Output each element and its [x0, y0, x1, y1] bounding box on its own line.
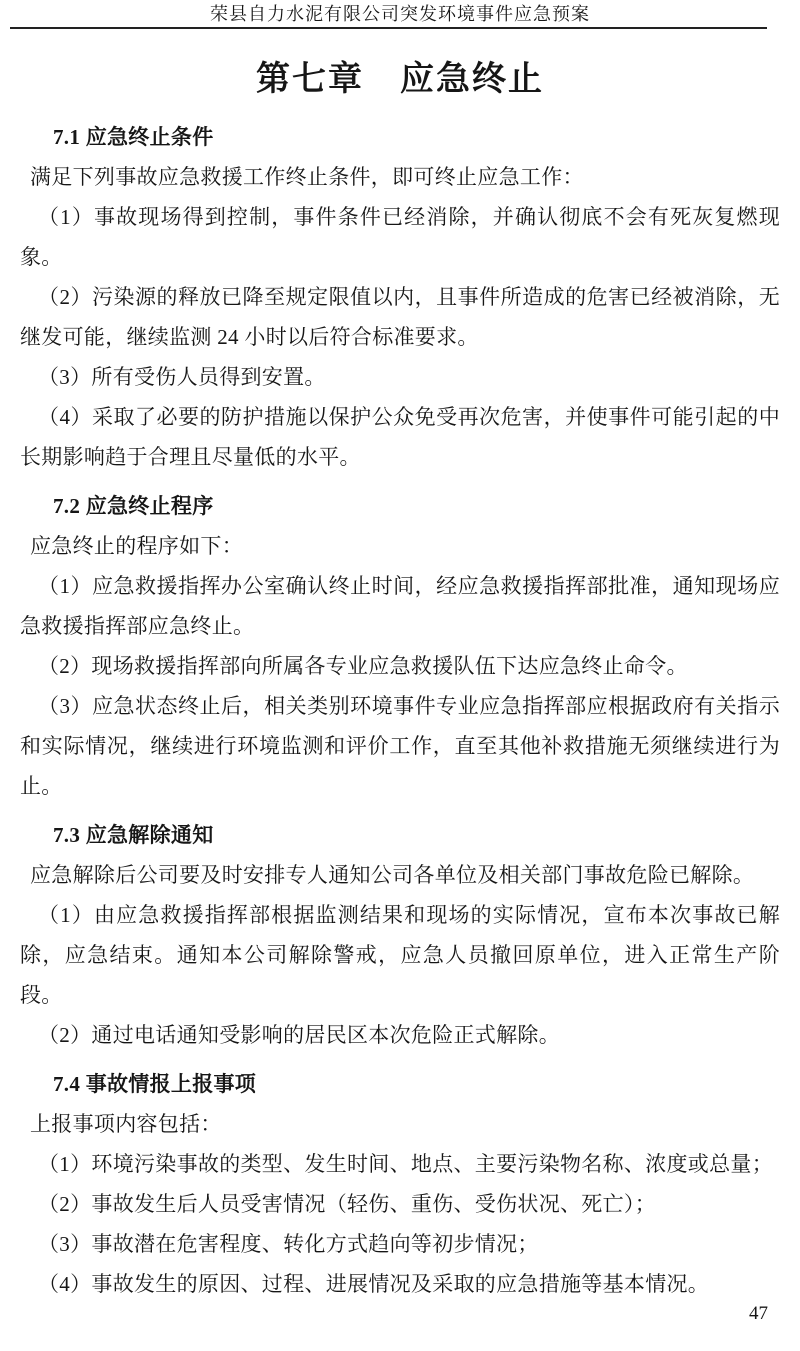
section-7-2-item-3: （3）应急状态终止后，相关类别环境事件专业应急指挥部应根据政府有关指示和实际情况…	[20, 686, 780, 806]
section-7-4-item-3: （3）事故潜在危害程度、转化方式趋向等初步情况；	[20, 1224, 780, 1264]
section-7-2-intro: 应急终止的程序如下：	[20, 526, 780, 566]
page-number: 47	[749, 1303, 768, 1325]
section-7-2-item-2: （2）现场救援指挥部向所属各专业应急救援队伍下达应急终止命令。	[20, 646, 780, 686]
section-7-3-item-2: （2）通过电话通知受影响的居民区本次危险正式解除。	[20, 1015, 780, 1055]
section-7-1-item-2: （2）污染源的释放已降至规定限值以内，且事件所造成的危害已经被消除，无继发可能，…	[20, 277, 780, 357]
section-7-4-item-2: （2）事故发生后人员受害情况（轻伤、重伤、受伤状况、死亡）；	[20, 1184, 780, 1224]
section-7-1-intro: 满足下列事故应急救援工作终止条件，即可终止应急工作：	[20, 157, 780, 197]
running-header: 荣县自力水泥有限公司突发环境事件应急预案	[0, 0, 800, 25]
chapter-title: 第七章 应急终止	[0, 57, 800, 103]
section-7-4-heading: 7.4 事故情报上报事项	[20, 1064, 780, 1104]
document-page: 荣县自力水泥有限公司突发环境事件应急预案 第七章 应急终止 7.1 应急终止条件…	[0, 0, 800, 1351]
section-7-3-heading: 7.3 应急解除通知	[20, 815, 780, 855]
header-rule	[10, 27, 767, 29]
section-7-1-item-4: （4）采取了必要的防护措施以保护公众免受再次危害，并使事件可能引起的中长期影响趋…	[20, 397, 780, 477]
section-7-1-item-1: （1）事故现场得到控制，事件条件已经消除，并确认彻底不会有死灰复燃现象。	[20, 197, 780, 277]
section-7-4-item-1: （1）环境污染事故的类型、发生时间、地点、主要污染物名称、浓度或总量；	[20, 1144, 780, 1184]
section-7-2-item-1: （1）应急救援指挥办公室确认终止时间，经应急救援指挥部批准，通知现场应急救援指挥…	[20, 566, 780, 646]
section-7-1-heading: 7.1 应急终止条件	[20, 117, 780, 157]
section-7-3-intro: 应急解除后公司要及时安排专人通知公司各单位及相关部门事故危险已解除。	[20, 855, 780, 895]
section-7-2-heading: 7.2 应急终止程序	[20, 486, 780, 526]
section-7-4-item-4: （4）事故发生的原因、过程、进展情况及采取的应急措施等基本情况。	[20, 1264, 780, 1304]
section-7-1-item-3: （3）所有受伤人员得到安置。	[20, 357, 780, 397]
section-7-4-intro: 上报事项内容包括：	[20, 1104, 780, 1144]
document-body: 7.1 应急终止条件 满足下列事故应急救援工作终止条件，即可终止应急工作： （1…	[0, 117, 800, 1304]
section-7-3-item-1: （1）由应急救援指挥部根据监测结果和现场的实际情况，宣布本次事故已解除，应急结束…	[20, 895, 780, 1015]
